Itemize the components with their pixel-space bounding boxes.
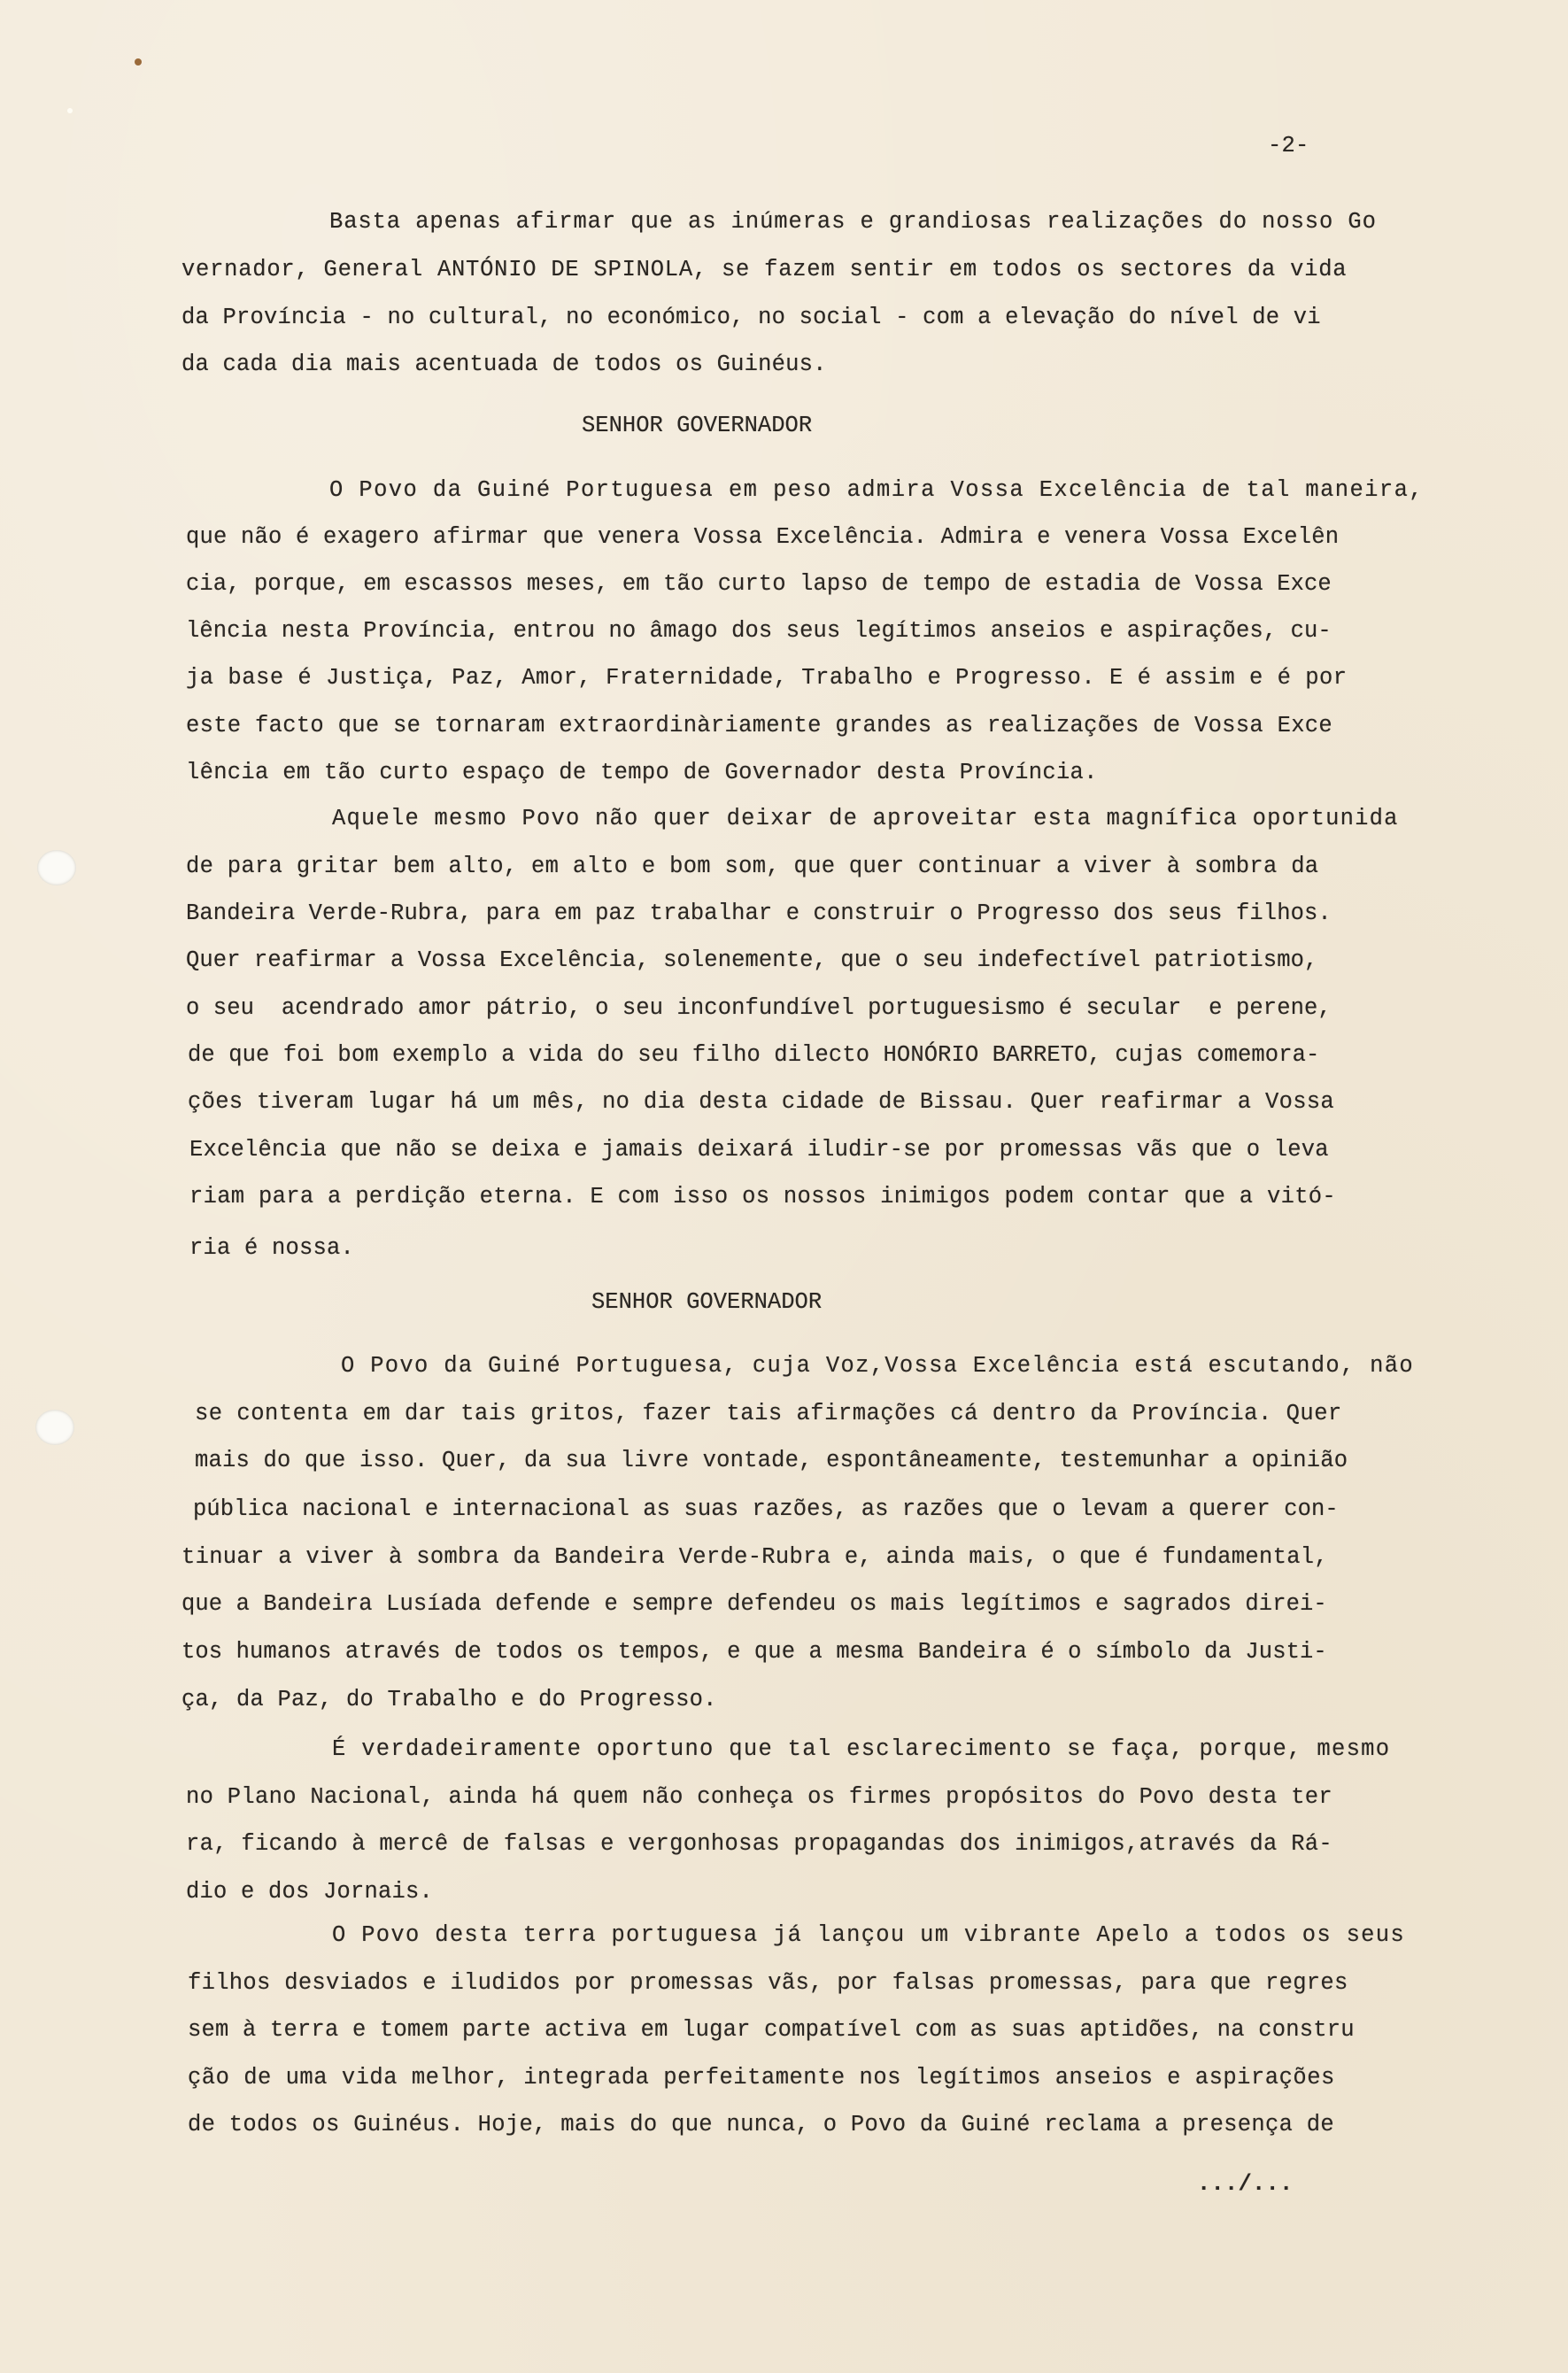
text-line: tos humanos através de todos os tempos, … [182,1639,1327,1666]
text-line: lência nesta Província, entrou no âmago … [186,618,1332,645]
text-line: sem à terra e tomem parte activa em luga… [188,2017,1355,2044]
text-line: da Província - no cultural, no económico… [182,305,1321,331]
text-line: O Povo da Guiné Portuguesa, cuja Voz,Vos… [341,1353,1414,1380]
page-number: -2- [1268,133,1309,159]
text-line: no Plano Nacional, ainda há quem não con… [186,1784,1332,1811]
text-line: de que foi bom exemplo a vida do seu fil… [188,1042,1319,1069]
section-heading: SENHOR GOVERNADOR [591,1289,822,1316]
punch-hole-bottom [35,1410,74,1445]
text-line: lência em tão curto espaço de tempo de G… [186,760,1098,786]
text-line: este facto que se tornaram extraordinàri… [186,713,1332,739]
punch-hole-top [37,850,76,885]
text-line: dio e dos Jornais. [186,1879,433,1905]
text-line: de para gritar bem alto, em alto e bom s… [186,854,1318,880]
text-line: ça, da Paz, do Trabalho e do Progresso. [182,1687,717,1713]
text-line: da cada dia mais acentuada de todos os G… [182,352,827,378]
text-line: Quer reafirmar a Vossa Excelência, solen… [186,947,1317,974]
text-line: Basta apenas afirmar que as inúmeras e g… [329,209,1377,236]
text-line: vernador, General ANTÓNIO DE SPINOLA, se… [182,257,1347,283]
text-line: ria é nossa. [189,1235,354,1262]
text-line: Excelência que não se deixa e jamais dei… [189,1137,1329,1163]
paper-speck [135,58,142,66]
text-line: O Povo da Guiné Portuguesa em peso admir… [329,477,1424,504]
text-line: se contenta em dar tais gritos, fazer ta… [195,1401,1342,1427]
text-line: que não é exagero afirmar que venera Vos… [186,524,1339,551]
text-line: ção de uma vida melhor, integrada perfei… [188,2065,1335,2091]
text-line: É verdadeiramente oportuno que tal escla… [332,1736,1390,1763]
text-line: ções tiveram lugar há um mês, no dia des… [188,1089,1334,1116]
section-heading: SENHOR GOVERNADOR [582,413,812,439]
text-line: de todos os Guinéus. Hoje, mais do que n… [188,2112,1334,2138]
text-line: que a Bandeira Lusíada defende e sempre … [182,1591,1327,1618]
text-line: ja base é Justiça, Paz, Amor, Fraternida… [186,665,1348,692]
text-line: pública nacional e internacional as suas… [193,1496,1339,1523]
text-line: o seu acendrado amor pátrio, o seu incon… [186,995,1332,1022]
text-line: riam para a perdição eterna. E com isso … [189,1184,1336,1210]
text-line: tinuar a viver à sombra da Bandeira Verd… [182,1544,1328,1571]
text-line: mais do que isso. Quer, da sua livre von… [195,1448,1348,1474]
text-line: Bandeira Verde-Rubra, para em paz trabal… [186,901,1332,927]
text-line: O Povo desta terra portuguesa já lançou … [332,1922,1405,1949]
text-line: Aquele mesmo Povo não quer deixar de apr… [332,806,1399,832]
paper-speck [67,108,73,113]
text-line: filhos desviados e iludidos por promessa… [188,1970,1348,1997]
text-line: ra, ficando à mercê de falsas e vergonho… [186,1831,1332,1858]
text-line: cia, porque, em escassos meses, em tão c… [186,571,1332,598]
typewritten-page: -2- Basta apenas afirmar que as inúmeras… [0,0,1568,2373]
continuation-mark: .../... [1197,2171,1294,2198]
